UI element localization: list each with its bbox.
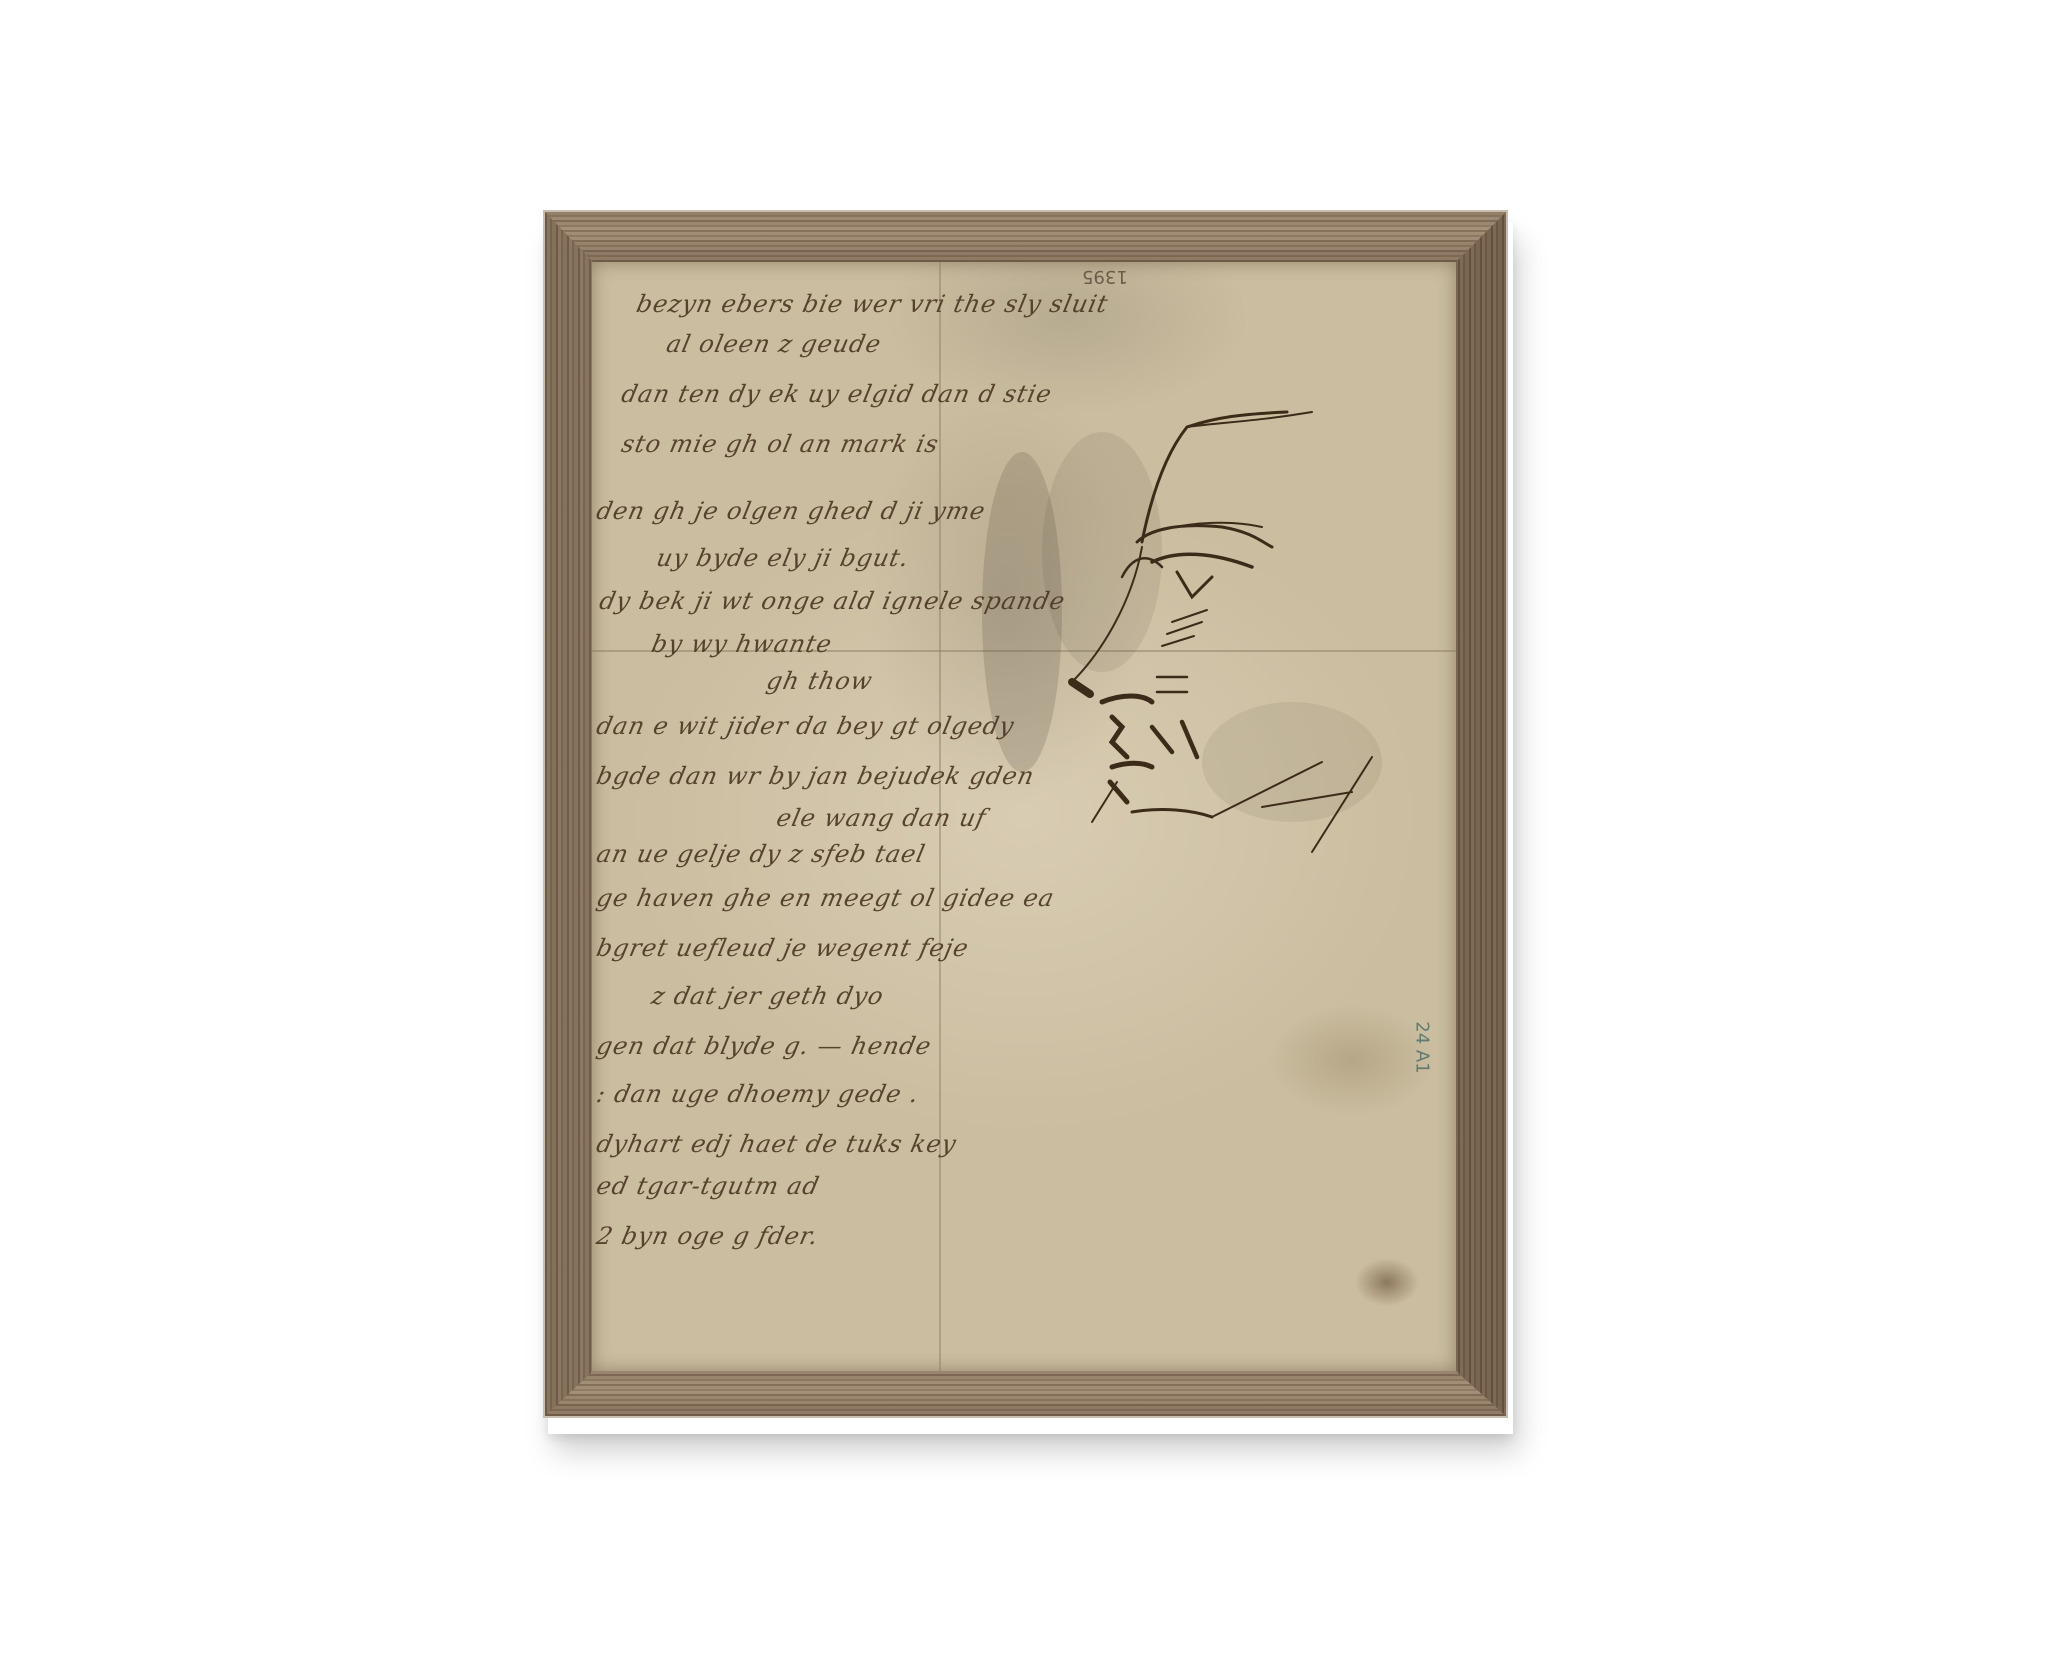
picture-frame: 1395 24 A1 bezyn ebers bie wer vri the s… xyxy=(543,210,1508,1418)
manuscript-paper: 1395 24 A1 bezyn ebers bie wer vri the s… xyxy=(592,262,1456,1371)
inventory-number: 1395 xyxy=(1082,266,1128,287)
frame-bottom-rail xyxy=(545,1371,1506,1416)
handwritten-line: : dan uge dhoemy gede . xyxy=(594,1080,922,1108)
handwritten-line: 2 byn oge g fder. xyxy=(594,1222,821,1250)
handwritten-line: sto mie gh ol an mark is xyxy=(619,430,942,458)
handwritten-line: dyhart edj haet de tuks key xyxy=(594,1130,959,1158)
handwritten-line: al oleen z geude xyxy=(664,330,884,358)
handwritten-line: z dat jer geth dyo xyxy=(649,982,887,1010)
handwritten-line: ge haven ghe en meegt ol gidee ea xyxy=(594,884,1057,912)
handwritten-line: by wy hwante xyxy=(649,630,835,658)
handwritten-line: bezyn ebers bie wer vri the sly sluit xyxy=(634,290,1111,318)
handwritten-line: bgret uefleud je wegent feje xyxy=(594,934,972,962)
handwritten-line: ele wang dan uf xyxy=(774,804,989,832)
handwritten-line: den gh je olgen ghed d ji yme xyxy=(594,497,988,525)
handwritten-line: uy byde ely ji bgut. xyxy=(654,544,912,572)
handwritten-line: dan e wit jider da bey gt olgedy xyxy=(594,712,1017,740)
handwritten-line: ed tgar-tgutm ad xyxy=(594,1172,822,1200)
handwritten-line: gen dat blyde g. — hende xyxy=(594,1032,934,1060)
handwritten-line: an ue gelje dy z sfeb tael xyxy=(594,840,928,868)
margin-note: 24 A1 xyxy=(1411,1021,1432,1073)
handwritten-line: gh thow xyxy=(764,667,875,695)
profile-sketch-icon xyxy=(962,382,1456,882)
frame-top-rail xyxy=(545,212,1506,262)
